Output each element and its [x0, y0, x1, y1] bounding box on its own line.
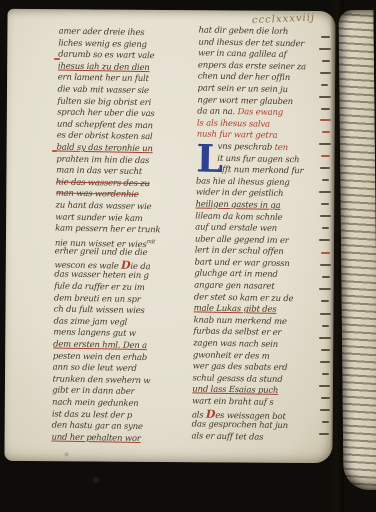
manuscript-photo: ccclxxxviij amer ader dreie ihesliches w…: [0, 0, 376, 512]
margin-annotation-mark: [321, 84, 328, 86]
margin-annotation-mark: [322, 227, 329, 229]
manuscript-line: und her pehalten wor: [51, 432, 184, 446]
manuscript-line: als er auff tet das: [191, 431, 330, 445]
margin-annotation-mark: [319, 337, 331, 339]
folio-number: ccclxxxviij: [243, 12, 323, 27]
margin-annotation-mark: [321, 349, 330, 351]
margin-annotation-mark: [319, 48, 331, 50]
manuscript-page: ccclxxxviij amer ader dreie ihesliches w…: [4, 9, 335, 463]
margin-annotation-mark: [52, 150, 57, 152]
red-initial: D: [121, 259, 131, 272]
margin-annotation-mark: [321, 300, 329, 302]
margin-annotation-mark: [319, 191, 331, 193]
margin-annotation-mark: [322, 373, 329, 375]
left-column: amer ader dreie ihesliches wenig es gien…: [51, 27, 191, 447]
blue-lombard-initial: L: [196, 138, 217, 180]
facing-page-fore-edge: [338, 10, 376, 490]
margin-annotation-mark: [322, 325, 329, 327]
margin-annotation-mark: [320, 409, 330, 411]
margin-annotation-mark: [319, 288, 331, 290]
margin-annotation-mark: [320, 72, 331, 74]
margin-annotation-mark: [320, 215, 331, 217]
margin-annotation-mark: [321, 108, 330, 110]
margin-annotation-mark: [319, 143, 331, 145]
right-column: L hat dir geben die lorhund ihesus der t…: [191, 25, 337, 445]
margin-annotation-mark: [321, 397, 330, 399]
margin-annotation-mark: [319, 385, 330, 387]
margin-annotation-mark: [320, 264, 331, 266]
margin-annotation-mark: [321, 36, 330, 38]
margin-annotation-mark: [319, 239, 330, 241]
margin-annotation-mark: [54, 58, 60, 60]
parchment-stain: [64, 452, 68, 456]
margin-annotation-mark: [320, 313, 331, 315]
margin-annotation-mark: [320, 167, 330, 169]
margin-annotation-mark: [320, 361, 330, 363]
parchment-stain: [92, 477, 99, 482]
margin-annotation-mark: [322, 276, 330, 278]
margin-annotation-mark: [320, 119, 331, 121]
margin-annotation-mark: [322, 421, 329, 423]
margin-annotation-mark: [321, 203, 329, 205]
margin-annotation-mark: [321, 252, 330, 254]
margin-annotation-mark: [322, 131, 330, 133]
margin-annotation-mark: [321, 155, 330, 157]
margin-annotation-mark: [322, 179, 329, 181]
margin-annotation-mark: [319, 433, 329, 435]
margin-annotation-mark: [322, 60, 330, 62]
margin-annotation-mark: [319, 96, 331, 98]
